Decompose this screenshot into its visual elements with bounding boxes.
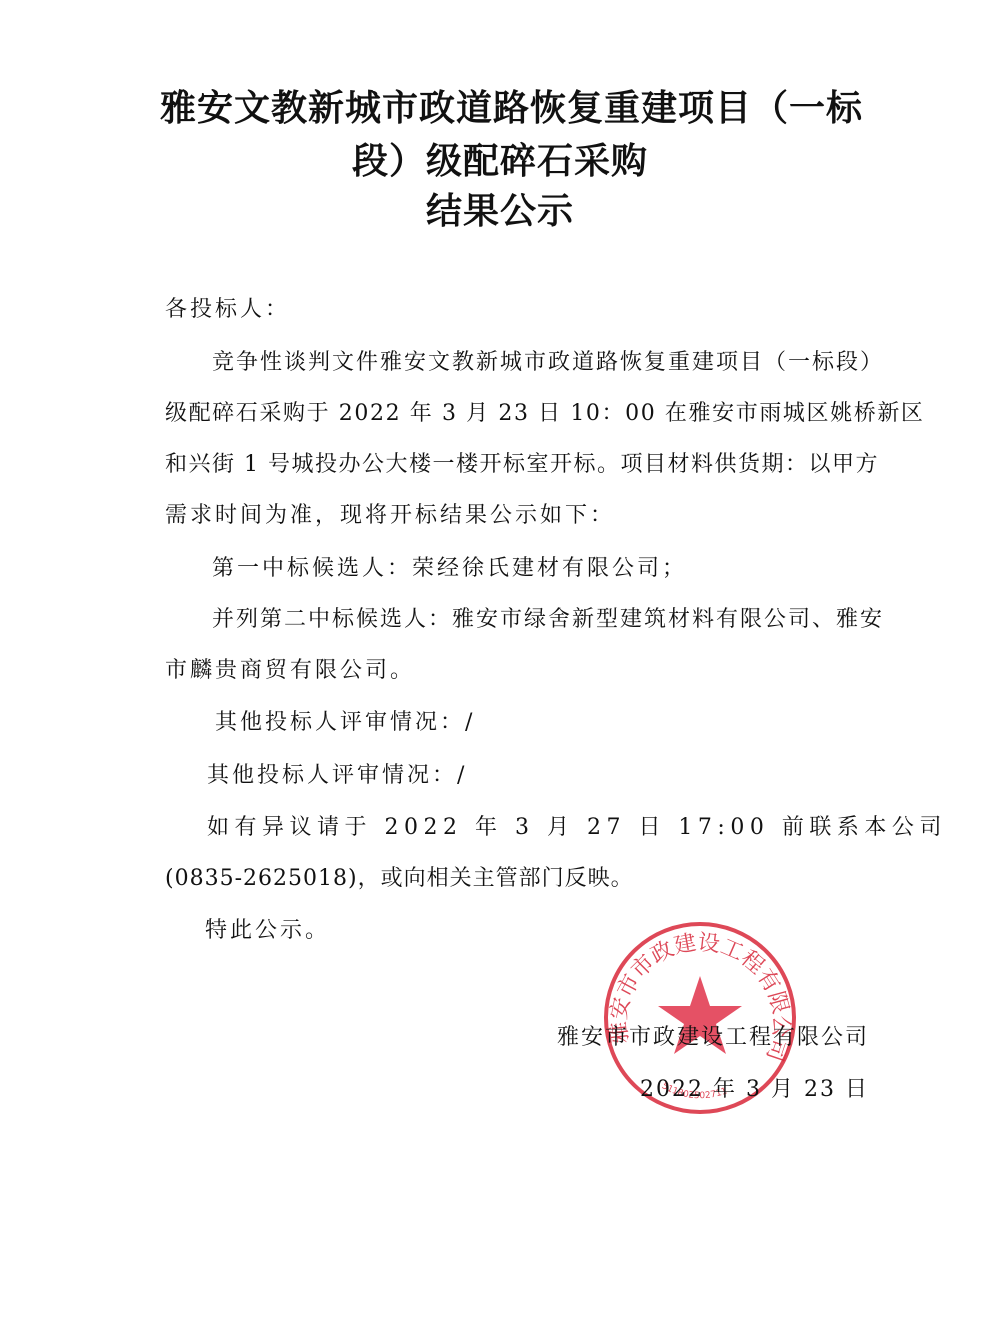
body-line-2: 级配碎石采购于 2022 年 3 月 23 日 10：00 在雅安市雨城区姚桥新… [165, 396, 925, 427]
closing: 特此公示。 [205, 913, 330, 944]
title-line-3: 结果公示 [0, 183, 1000, 234]
title-line-2: 段）级配碎石采购 [0, 133, 1000, 184]
salutation: 各投标人： [165, 292, 290, 323]
body-line-1: 竞争性谈判文件雅安文教新城市政道路恢复重建项目（一标段） [212, 345, 884, 376]
body-line-3: 和兴街 1 号城投办公大楼一楼开标室开标。项目材料供货期：以甲方 [165, 447, 879, 478]
title-line-1: 雅安文教新城市政道路恢复重建项目（一标 [160, 80, 880, 131]
second-candidate-line-1: 并列第二中标候选人：雅安市绿舍新型建筑材料有限公司、雅安 [212, 602, 884, 633]
objection-line-1: 如有异议请于 2022 年 3 月 27 日 17:00 前联系本公司 [207, 810, 947, 841]
first-candidate: 第一中标候选人：荣经徐氏建材有限公司； [212, 551, 687, 582]
objection-line-2: (0835-2625018)，或向相关主管部门反映。 [165, 861, 634, 892]
second-candidate-line-2: 市麟贵商贸有限公司。 [165, 653, 415, 684]
signature-company: 雅安市市政建设工程有限公司 [557, 1020, 869, 1051]
signature-date: 2022 年 3 月 23 日 [640, 1072, 869, 1103]
body-line-4: 需求时间为准，现将开标结果公示如下： [165, 498, 615, 529]
other-review-2: 其他投标人评审情况：/ [207, 758, 467, 789]
other-review-1: 其他投标人评审情况：/ [215, 705, 475, 736]
